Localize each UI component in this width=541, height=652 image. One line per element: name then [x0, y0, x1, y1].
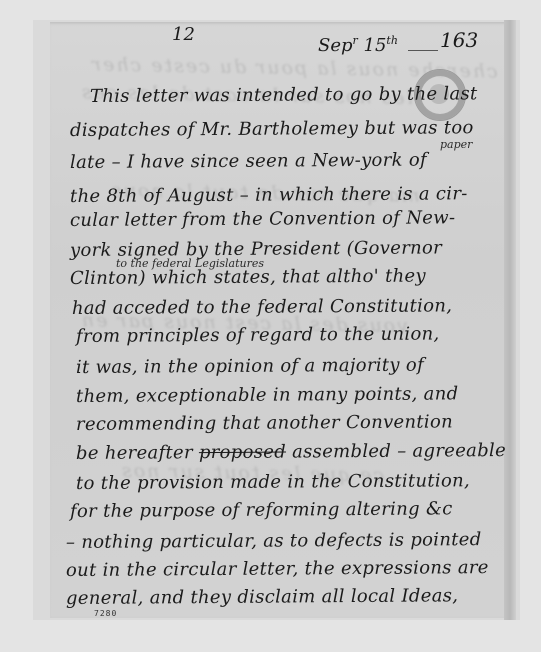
date-day-sup: th: [386, 34, 398, 47]
date-day: 15: [364, 35, 387, 56]
manuscript-line: cular letter from the Convention of New-: [70, 207, 455, 231]
date-month-sup: r: [353, 34, 358, 47]
page-edge: [504, 20, 516, 620]
manuscript-line: had acceded to the federal Constitution,: [72, 295, 452, 319]
date-month: Sep: [318, 35, 353, 56]
manuscript-line: out in the circular letter, the expressi…: [66, 557, 489, 581]
manuscript-line: recommending that another Convention: [76, 411, 453, 435]
letter-date: Sepr 15th: [318, 34, 438, 56]
manuscript-line: – nothing particular, as to defects is p…: [66, 529, 482, 553]
struck-word: proposed: [199, 442, 286, 464]
date-underline: [408, 50, 438, 51]
manuscript-line: from principles of regard to the union,: [76, 323, 440, 347]
manuscript-line: dispatches of Mr. Bartholemey but was to…: [70, 117, 474, 141]
manuscript-line: This letter was intended to go by the la…: [90, 83, 478, 107]
interlinear-note-paper: paper: [440, 138, 472, 151]
manuscript-line: general, and they disclaim all local Ide…: [66, 585, 458, 609]
manuscript-line: Clinton) which states, that altho' they: [70, 266, 426, 289]
manuscript-line: them, exceptionable in many points, and: [76, 383, 459, 407]
folio-number: 163: [440, 28, 478, 52]
page-number-left: 12: [172, 24, 195, 45]
manuscript-line: the 8th of August – in which there is a …: [70, 183, 468, 207]
manuscript-line: late – I have since seen a New-york of: [70, 150, 427, 173]
manuscript-line: to the provision made in the Constitutio…: [76, 470, 470, 494]
catalog-number: 7280: [94, 609, 117, 618]
manuscript-line: for the purpose of reforming altering &c: [70, 498, 453, 522]
manuscript-line: be hereafter proposed assembled – agreea…: [76, 440, 506, 464]
manuscript-line: it was, in the opinion of a majority of: [76, 355, 424, 378]
